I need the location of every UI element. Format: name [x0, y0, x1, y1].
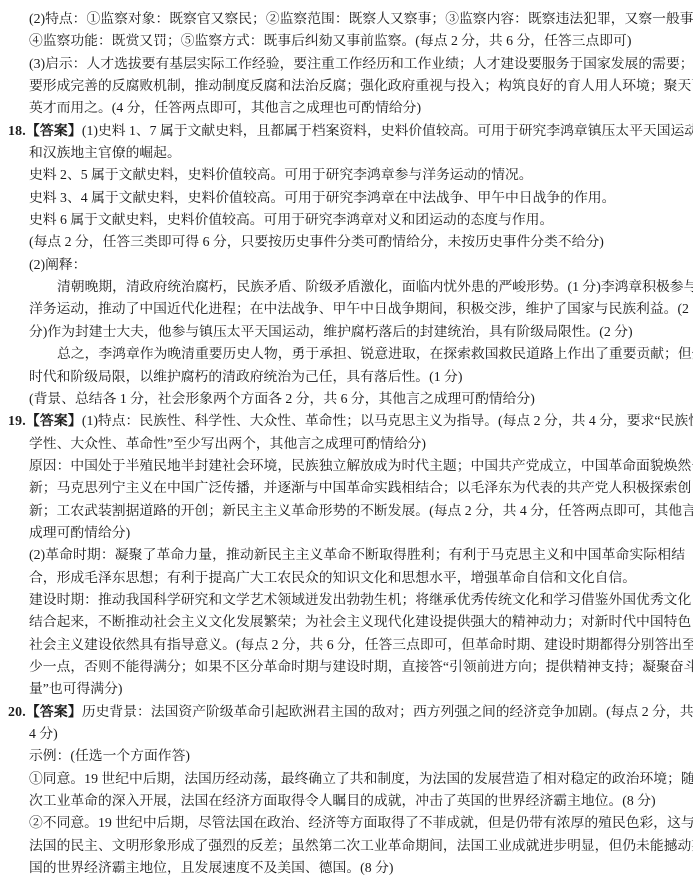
text-line: 少一点，否则不能得满分；如果不区分革命时期与建设时期，直接答“引领前进方向；提供… — [0, 656, 693, 678]
text-line: 量”也可得满分) — [0, 678, 693, 700]
text-line: (3)启示：人才选拔要有基层实际工作经验，要注重工作经历和工作业绩；人才建设要服… — [0, 53, 693, 75]
text-segment: (3)启示：人才选拔要有基层实际工作经验，要注重工作经历和工作业绩；人才建设要服… — [29, 56, 693, 71]
text-segment: 英才而用之。(4 分，任答两点即可，其他言之成理也可酌情给分) — [29, 100, 421, 115]
text-line: (每点 2 分，任答三类即可得 6 分，只要按历史事件分类可酌情给分，未按历史事… — [0, 231, 693, 253]
text-line: 4 分) — [0, 723, 693, 745]
text-line: 新；工农武装割据道路的开创；新民主主义革命形势的不断发展。(每点 2 分，共 4… — [0, 500, 693, 522]
text-segment: 要形成完善的反腐败机制，推动制度反腐和法治反腐；强化政府重视与投入；构筑良好的育… — [29, 78, 693, 93]
text-segment: (背景、总结各 1 分，社会形象两个方面各 2 分，共 6 分，其他言之成理可酌… — [29, 391, 535, 406]
text-line: 社会主义建设依然具有指导意义。(每点 2 分，共 6 分，任答三点即可，但革命时… — [0, 634, 693, 656]
exam-answer-sheet: (2)特点：①监察对象：既察官又察民；②监察范围：既察人又察事；③监察内容：既察… — [0, 0, 693, 896]
text-segment: 合，形成毛泽东思想；有利于提高广大工农民众的知识文化和思想水平，增强革命自信和文… — [29, 570, 636, 585]
text-line: (2)革命时期：凝聚了革命力量，推动新民主主义革命不断取得胜利；有利于马克思主义… — [0, 544, 693, 566]
text-line: 结合起来，不断推动社会主义文化发展繁荣；为社会主义现代化建设提供强大的精神动力；… — [0, 611, 693, 633]
text-line: 分)作为封建士大夫，他参与镇压太平天国运动，维护腐朽落后的封建统治，具有阶级局限… — [0, 321, 693, 343]
text-line: 19.【答案】(1)特点：民族性、科学性、大众性、革命性；以马克思主义为指导。(… — [0, 410, 693, 432]
text-segment: 学性、大众性、革命性”至少写出两个，其他言之成理可酌情给分) — [29, 436, 426, 451]
text-line: ①同意。19 世纪中后期，法国历经动荡，最终确立了共和制度，为法国的发展营造了相… — [0, 768, 693, 790]
text-segment: 洋务运动，推动了中国近代化进程；在中法战争、甲午中日战争期间，积极交涉，维护了国… — [29, 301, 689, 316]
answer-number-label: 20.【答案】 — [8, 704, 82, 719]
text-line: 总之，李鸿章作为晚清重要历史人物，勇于承担、锐意进取，在探索救国救民道路上作出了… — [0, 343, 693, 365]
text-segment: 示例：(任选一个方面作答) — [29, 748, 190, 763]
text-segment: 历史背景：法国资产阶级革命引起欧洲君主国的敌对；西方列强之间的经济竞争加剧。(每… — [82, 704, 693, 719]
text-segment: 和汉族地主官僚的崛起。 — [29, 145, 181, 160]
text-line: 洋务运动，推动了中国近代化进程；在中法战争、甲午中日战争期间，积极交涉，维护了国… — [0, 298, 693, 320]
text-line: ②不同意。19 世纪中后期，尽管法国在政治、经济等方面取得了不菲成就，但是仍带有… — [0, 812, 693, 834]
text-line: 要形成完善的反腐败机制，推动制度反腐和法治反腐；强化政府重视与投入；构筑良好的育… — [0, 75, 693, 97]
text-segment: 史料 6 属于文献史料，史料价值较高。可用于研究李鸿章对义和团运动的态度与作用。 — [29, 212, 553, 227]
text-line: 新；马克思列宁主义在中国广泛传播，并逐渐与中国革命实践相结合；以毛泽东为代表的共… — [0, 477, 693, 499]
text-line: 学性、大众性、革命性”至少写出两个，其他言之成理可酌情给分) — [0, 433, 693, 455]
text-line: (2)特点：①监察对象：既察官又察民；②监察范围：既察人又察事；③监察内容：既察… — [0, 8, 693, 30]
text-line: 示例：(任选一个方面作答) — [0, 745, 693, 767]
text-line: ④监察功能：既赏又罚；⑤监察方式：既事后纠劾又事前监察。(每点 2 分，共 6 … — [0, 30, 693, 52]
text-segment: 清朝晚期，清政府统治腐朽，民族矛盾、阶级矛盾激化，面临内忧外患的严峻形势。(1 … — [57, 279, 693, 294]
text-line: 成理可酌情给分) — [0, 522, 693, 544]
text-segment: ②不同意。19 世纪中后期，尽管法国在政治、经济等方面取得了不菲成就，但是仍带有… — [29, 815, 693, 830]
text-segment: ④监察功能：既赏又罚；⑤监察方式：既事后纠劾又事前监察。(每点 2 分，共 6 … — [29, 33, 631, 48]
text-line: 原因：中国处于半殖民地半封建社会环境，民族独立解放成为时代主题；中国共产党成立，… — [0, 455, 693, 477]
text-segment: 法国的民主、文明形象形成了强烈的反差；虽然第二次工业革命期间，法国工业成就进步明… — [29, 838, 693, 853]
text-segment: (1)特点：民族性、科学性、大众性、革命性；以马克思主义为指导。(每点 2 分，… — [82, 413, 693, 428]
text-segment: 成理可酌情给分) — [29, 525, 130, 540]
text-line: 史料 3、4 属于文献史料，史料价值较高。可用于研究李鸿章在中法战争、甲午中日战… — [0, 187, 693, 209]
text-segment: ①同意。19 世纪中后期，法国历经动荡，最终确立了共和制度，为法国的发展营造了相… — [29, 771, 693, 786]
text-segment: 结合起来，不断推动社会主义文化发展繁荣；为社会主义现代化建设提供强大的精神动力；… — [29, 614, 691, 629]
text-segment: 次工业革命的深入开展，法国在经济方面取得令人瞩目的成就，冲击了英国的世界经济霸主… — [29, 793, 656, 808]
text-line: 18.【答案】(1)史料 1、7 属于文献史料，且都属于档案资料，史料价值较高。… — [0, 120, 693, 142]
text-line: (背景、总结各 1 分，社会形象两个方面各 2 分，共 6 分，其他言之成理可酌… — [0, 388, 693, 410]
text-segment: 史料 3、4 属于文献史料，史料价值较高。可用于研究李鸿章在中法战争、甲午中日战… — [29, 190, 615, 205]
text-segment: 4 分) — [29, 726, 58, 741]
text-line: (2)阐释： — [0, 254, 693, 276]
text-line: 清朝晚期，清政府统治腐朽，民族矛盾、阶级矛盾激化，面临内忧外患的严峻形势。(1 … — [0, 276, 693, 298]
text-segment: (2)阐释： — [29, 257, 86, 272]
text-line: 英才而用之。(4 分，任答两点即可，其他言之成理也可酌情给分) — [0, 97, 693, 119]
text-segment: 原因：中国处于半殖民地半封建社会环境，民族独立解放成为时代主题；中国共产党成立，… — [29, 458, 693, 473]
text-line: 史料 2、5 属于文献史料，史料价值较高。可用于研究李鸿章参与洋务运动的情况。 — [0, 164, 693, 186]
text-segment: 量”也可得满分) — [29, 681, 123, 696]
text-line: 史料 6 属于文献史料，史料价值较高。可用于研究李鸿章对义和团运动的态度与作用。 — [0, 209, 693, 231]
text-line: 建设时期：推动我国科学研究和文学艺术领域迸发出勃勃生机；将继承优秀传统文化和学习… — [0, 589, 693, 611]
text-segment: 新；工农武装割据道路的开创；新民主主义革命形势的不断发展。(每点 2 分，共 4… — [29, 503, 693, 518]
text-segment: 建设时期：推动我国科学研究和文学艺术领域迸发出勃勃生机；将继承优秀传统文化和学习… — [29, 592, 691, 607]
answer-number-label: 18.【答案】 — [8, 123, 82, 138]
text-segment: (2)革命时期：凝聚了革命力量，推动新民主主义革命不断取得胜利；有利于马克思主义… — [29, 547, 685, 562]
text-segment: 史料 2、5 属于文献史料，史料价值较高。可用于研究李鸿章参与洋务运动的情况。 — [29, 167, 533, 182]
text-line: 次工业革命的深入开展，法国在经济方面取得令人瞩目的成就，冲击了英国的世界经济霸主… — [0, 790, 693, 812]
text-segment: 新；马克思列宁主义在中国广泛传播，并逐渐与中国革命实践相结合；以毛泽东为代表的共… — [29, 480, 691, 495]
text-line: 20.【答案】历史背景：法国资产阶级革命引起欧洲君主国的敌对；西方列强之间的经济… — [0, 701, 693, 723]
text-line: 法国的民主、文明形象形成了强烈的反差；虽然第二次工业革命期间，法国工业成就进步明… — [0, 835, 693, 857]
text-segment: 国的世界经济霸主地位，且发展速度不及美国、德国。(8 分) — [29, 860, 393, 875]
text-line: 合，形成毛泽东思想；有利于提高广大工农民众的知识文化和思想水平，增强革命自信和文… — [0, 567, 693, 589]
text-segment: 总之，李鸿章作为晚清重要历史人物，勇于承担、锐意进取，在探索救国救民道路上作出了… — [57, 346, 693, 361]
text-segment: 时代和阶级局限，以维护腐朽的清政府统治为己任，具有落后性。(1 分) — [29, 369, 462, 384]
text-segment: 少一点，否则不能得满分；如果不区分革命时期与建设时期，直接答“引领前进方向；提供… — [29, 659, 693, 674]
text-line: 时代和阶级局限，以维护腐朽的清政府统治为己任，具有落后性。(1 分) — [0, 366, 693, 388]
text-segment: (2)特点：①监察对象：既察官又察民；②监察范围：既察人又察事；③监察内容：既察… — [29, 11, 693, 26]
text-segment: (每点 2 分，任答三类即可得 6 分，只要按历史事件分类可酌情给分，未按历史事… — [29, 234, 604, 249]
answer-number-label: 19.【答案】 — [8, 413, 82, 428]
text-line: 国的世界经济霸主地位，且发展速度不及美国、德国。(8 分) — [0, 857, 693, 879]
text-segment: (1)史料 1、7 属于文献史料，且都属于档案资料，史料价值较高。可用于研究李鸿… — [82, 123, 693, 138]
text-line: 和汉族地主官僚的崛起。 — [0, 142, 693, 164]
text-segment: 社会主义建设依然具有指导意义。(每点 2 分，共 6 分，任答三点即可，但革命时… — [29, 637, 693, 652]
text-segment: 分)作为封建士大夫，他参与镇压太平天国运动，维护腐朽落后的封建统治，具有阶级局限… — [29, 324, 633, 339]
